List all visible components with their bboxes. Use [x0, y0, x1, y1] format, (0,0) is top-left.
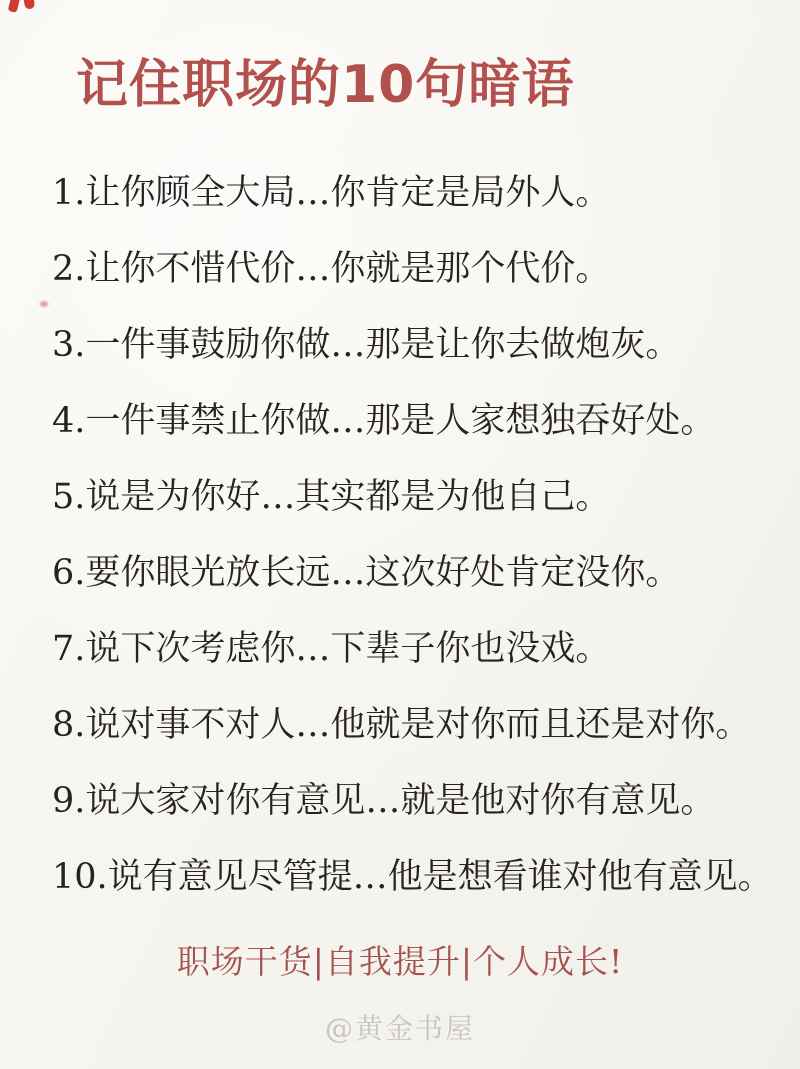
- corner-mark-decoration: [0, 0, 50, 22]
- list-item: 3.一件事鼓励你做…那是让你去做炮灰。: [52, 324, 770, 400]
- list-item: 1.让你顾全大局…你肯定是局外人。: [52, 172, 770, 248]
- list-item: 4.一件事禁止你做…那是人家想独吞好处。: [52, 400, 770, 476]
- list-item: 7.说下次考虑你…下辈子你也没戏。: [52, 628, 770, 704]
- list-item: 5.说是为你好…其实都是为他自己。: [52, 476, 770, 552]
- list-item: 9.说大家对你有意见…就是他对你有意见。: [52, 780, 770, 856]
- list-item: 10.说有意见尽管提…他是想看谁对他有意见。: [52, 856, 770, 932]
- corner-red-blob-icon: [23, 0, 36, 10]
- page-title: 记住职场的10句暗语: [0, 0, 800, 114]
- list-item: 8.说对事不对人…他就是对你而且还是对你。: [52, 704, 770, 780]
- tips-list: 1.让你顾全大局…你肯定是局外人。 2.让你不惜代价…你就是那个代价。 3.一件…: [0, 114, 800, 932]
- watermark: @黄金书屋: [0, 1014, 800, 1044]
- footer-tagline: 职场干货|自我提升|个人成长!: [0, 942, 800, 982]
- list-item: 2.让你不惜代价…你就是那个代价。: [52, 248, 770, 324]
- corner-red-blob-icon: [8, 0, 22, 13]
- list-item: 6.要你眼光放长远…这次好处肯定没你。: [52, 552, 770, 628]
- poster-page: 记住职场的10句暗语 1.让你顾全大局…你肯定是局外人。 2.让你不惜代价…你就…: [0, 0, 800, 1069]
- red-speck-decoration: [40, 301, 48, 307]
